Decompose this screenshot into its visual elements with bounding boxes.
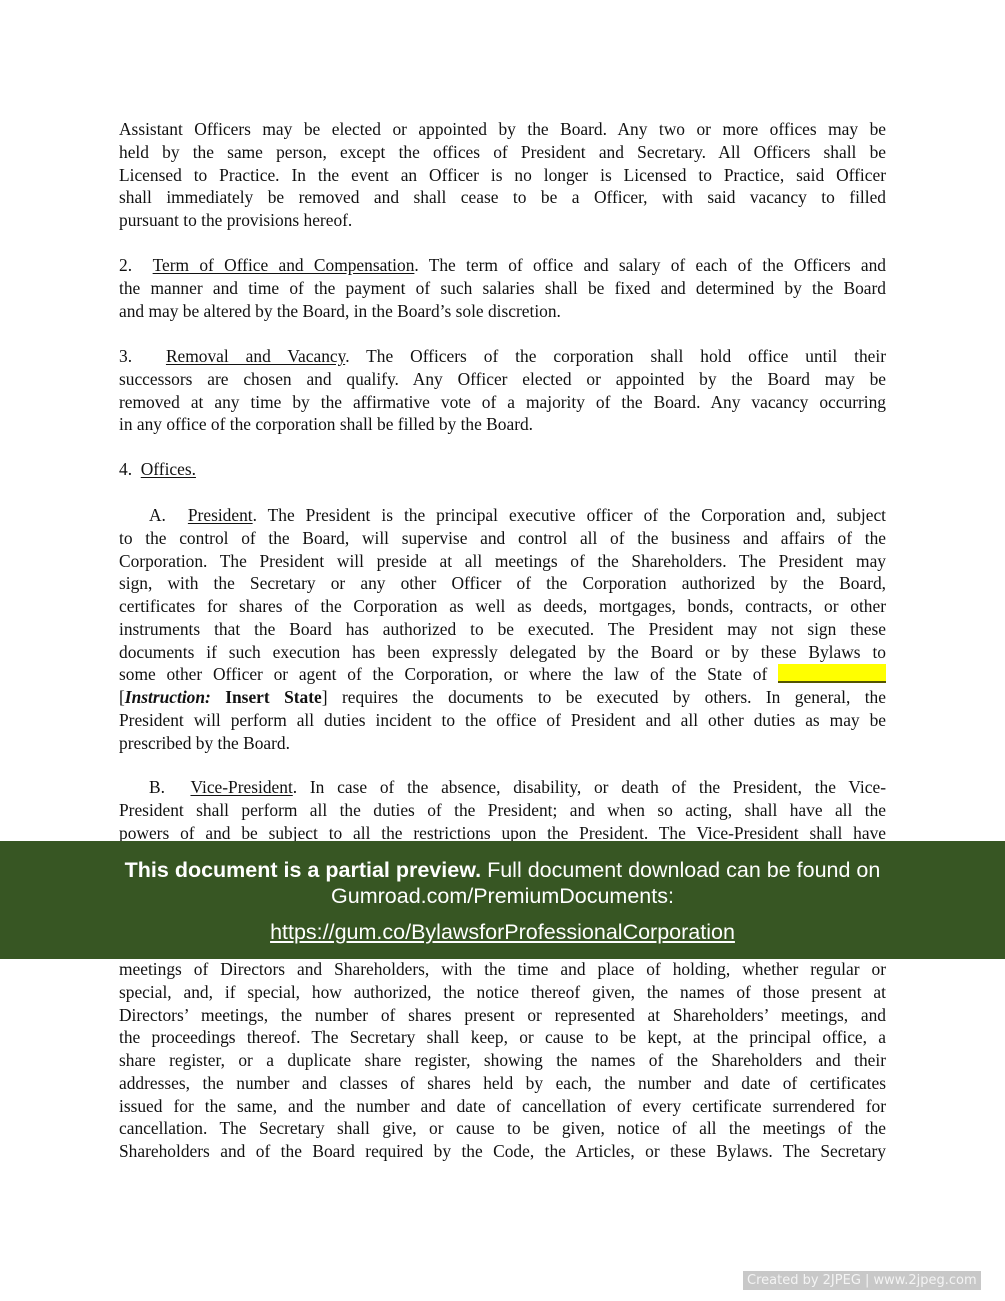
bracket: ] (322, 687, 328, 707)
text-line: share register, or a duplicate share reg… (119, 1049, 886, 1072)
text-line: certificates for shares of the Corporati… (119, 595, 886, 618)
text-fragment: requires the documents to be executed by… (342, 687, 886, 707)
text-line: Corporation. The President will preside … (119, 550, 886, 573)
text-line: President will perform all duties incide… (119, 709, 886, 732)
text-line: and may be altered by the Board, in the … (119, 300, 886, 323)
text-line: prescribed by the Board. (119, 732, 886, 755)
text-line: shall immediately be removed and shall c… (119, 186, 886, 209)
text-fragment: . The term of office and salary of each … (414, 255, 886, 275)
text-line: in any office of the corporation shall b… (119, 413, 886, 436)
text-line: Directors’ meetings, the number of share… (119, 1004, 886, 1027)
section-number: 2. (119, 255, 132, 275)
text-line: some other Officer or agent of the Corpo… (119, 663, 886, 686)
text-line: Assistant Officers may be elected or app… (119, 118, 886, 141)
subsection-letter: B. (149, 777, 165, 797)
text-line: B. Vice-President. In case of the absenc… (119, 776, 886, 799)
section-removal-and-vacancy: 3. Removal and Vacancy. The Officers of … (119, 345, 886, 436)
text-line: President shall perform all the duties o… (119, 799, 886, 822)
banner-bold-text: This document is a partial preview. (125, 858, 481, 882)
text-line: documents if such execution has been exp… (119, 641, 886, 664)
section-offices: 4. Offices. (119, 458, 886, 481)
text-line: cancellation. The Secretary shall give, … (119, 1117, 886, 1140)
subsection-heading: Vice-President (190, 777, 292, 797)
text-line: issued for the same, and the number and … (119, 1095, 886, 1118)
section-heading: Term of Office and Compensation (153, 255, 415, 275)
instruction-text: Insert State (211, 687, 322, 707)
watermark: Created by 2JPEG | www.2jpeg.com (743, 1271, 981, 1290)
text-fragment: . The Officers of the corporation shall … (345, 346, 886, 366)
text-line: 4. Offices. (119, 458, 886, 481)
text-line: the proceedings thereof. The Secretary s… (119, 1026, 886, 1049)
text-line: instruments that the Board has authorize… (119, 618, 886, 641)
text-fragment: . In case of the absence, disability, or… (293, 777, 886, 797)
secretary-paragraph: meetings of Directors and Shareholders, … (119, 958, 886, 1163)
instruction-label: Instruction: (125, 687, 211, 707)
text-line: A. President. The President is the princ… (119, 504, 886, 527)
section-number: 4. (119, 459, 132, 479)
document-page: Assistant Officers may be elected or app… (0, 0, 1005, 1301)
text-line: pursuant to the provisions hereof. (119, 209, 886, 232)
download-link[interactable]: https://gum.co/BylawsforProfessionalCorp… (270, 920, 735, 944)
banner-message: This document is a partial preview. Full… (0, 857, 1005, 883)
subsection-president: A. President. The President is the princ… (119, 504, 886, 754)
banner-source: Gumroad.com/PremiumDocuments: (0, 883, 1005, 909)
text-line: the manner and time of the payment of su… (119, 277, 886, 300)
text-line: held by the same person, except the offi… (119, 141, 886, 164)
section-number: 3. (119, 346, 132, 366)
text-line: successors are chosen and qualify. Any O… (119, 368, 886, 391)
banner-text: Full document download can be found on (481, 858, 880, 882)
officers-paragraph: Assistant Officers may be elected or app… (119, 118, 886, 232)
state-blank-field[interactable] (778, 664, 886, 683)
text-line: sign, with the Secretary or any other Of… (119, 572, 886, 595)
subsection-letter: A. (149, 505, 166, 525)
text-line: meetings of Directors and Shareholders, … (119, 958, 886, 981)
text-line: Shareholders and of the Board required b… (119, 1140, 886, 1163)
subsection-heading: President (188, 505, 253, 525)
text-fragment: some other Officer or agent of the Corpo… (119, 664, 778, 684)
text-line: Licensed to Practice. In the event an Of… (119, 164, 886, 187)
text-line: 2. Term of Office and Compensation. The … (119, 254, 886, 277)
section-term-of-office: 2. Term of Office and Compensation. The … (119, 254, 886, 322)
partial-preview-banner: This document is a partial preview. Full… (0, 841, 1005, 959)
text-line: [Instruction: Insert State] requires the… (119, 686, 886, 709)
text-line: to the control of the Board, will superv… (119, 527, 886, 550)
section-heading: Removal and Vacancy (166, 346, 345, 366)
text-line: addresses, the number and classes of sha… (119, 1072, 886, 1095)
text-line: 3. Removal and Vacancy. The Officers of … (119, 345, 886, 368)
subsection-vice-president: B. Vice-President. In case of the absenc… (119, 776, 886, 844)
text-line: special, and, if special, how authorized… (119, 981, 886, 1004)
text-line: removed at any time by the affirmative v… (119, 391, 886, 414)
text-fragment: . The President is the principal executi… (253, 505, 886, 525)
section-heading: Offices. (141, 459, 196, 479)
